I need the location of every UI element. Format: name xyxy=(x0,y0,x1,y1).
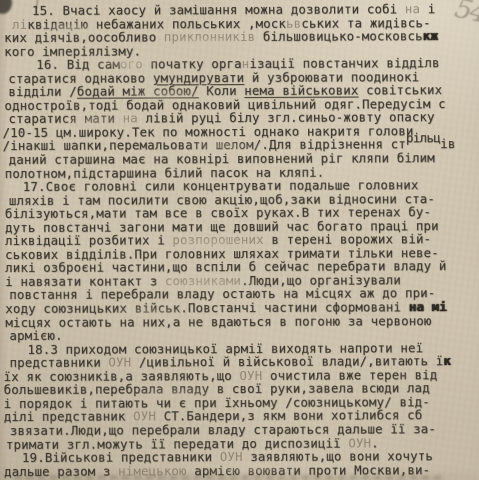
text-segment: місцях остають на них,а не вдаються в по… xyxy=(5,313,431,330)
text-line: ких діячів,оособливо приклонників більшо… xyxy=(2,29,475,45)
text-segment: приклонників xyxy=(164,29,255,44)
cutoff-text-smudge xyxy=(14,475,444,480)
text-segment: більшовицько-московсь xyxy=(255,28,422,44)
text-line: місцях остають на них,а не вдаються в по… xyxy=(3,314,476,330)
text-segment: рільц xyxy=(406,131,440,146)
scanned-typewritten-page: 15. Вчасі хаосу й замішання можна дозвол… xyxy=(0,0,479,480)
text-segment: к xyxy=(443,353,451,368)
text-segment: ів xyxy=(440,137,455,152)
text-segment: кж xyxy=(423,28,438,43)
typewritten-text: 15. Вчасі хаосу й замішання можна дозвол… xyxy=(2,2,477,478)
